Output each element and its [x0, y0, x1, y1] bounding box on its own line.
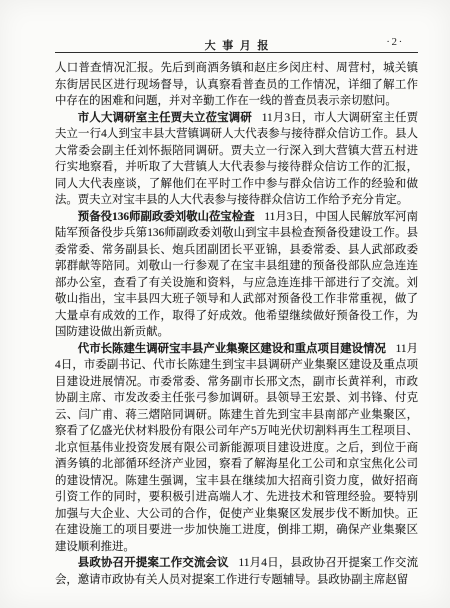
paragraph: 预备役136师副政委刘敬山莅宝检查11月3日，中国人民解放军河南陆军预备役步兵第… [55, 209, 418, 341]
paragraph: 代市长陈建生调研宝丰县产业集聚区建设和重点项目建设情况11月4日，市委副书记、代… [55, 341, 418, 556]
header-divider [55, 52, 418, 53]
paragraph: 人口普查情况汇报。先后到商酒务镇和赵庄乡闵庄村、周营村，城关镇东街居民区进行现场… [55, 60, 418, 110]
page-header: 大事月报 ·2· [55, 36, 418, 50]
paragraph-text: 11月3日，市人大调研室主任贾夫立一行4人到宝丰县大营镇调研人大代表参与接待群众… [55, 112, 418, 207]
paragraph-text: 11月3日，中国人民解放军河南陆军预备役步兵第136师副政委刘敬山到宝丰县检查预… [55, 211, 418, 339]
report-title: 大事月报 [205, 40, 275, 52]
paragraph-text: 11月4日，市委副书记、代市长陈建生到宝丰县调研产业集聚区建设及重点项目建设进展… [55, 343, 418, 553]
paragraph: 市人大调研室主任贾夫立莅宝调研11月3日，市人大调研室主任贾夫立一行4人到宝丰县… [55, 110, 418, 209]
paragraph: 县政协召开提案工作交流会议11月4日，县政协召开提案工作交流会，邀请市政协有关人… [55, 555, 418, 588]
paragraph-text: 人口普查情况汇报。先后到商酒务镇和赵庄乡闵庄村、周营村，城关镇东街居民区进行现场… [55, 62, 418, 107]
paragraph-heading: 预备役136师副政委刘敬山莅宝检查 [78, 211, 265, 223]
document-body: 人口普查情况汇报。先后到商酒务镇和赵庄乡闵庄村、周营村，城关镇东街居民区进行现场… [55, 60, 418, 588]
paragraph-heading: 县政协召开提案工作交流会议 [78, 557, 239, 569]
document-page: 大事月报 ·2· 人口普查情况汇报。先后到商酒务镇和赵庄乡闵庄村、周营村，城关镇… [0, 0, 450, 608]
paragraph-heading: 代市长陈建生调研宝丰县产业集聚区建设和重点项目建设情况 [78, 343, 396, 355]
paragraph-heading: 市人大调研室主任贾夫立莅宝调研 [78, 112, 262, 124]
page-number: ·2· [386, 36, 404, 48]
